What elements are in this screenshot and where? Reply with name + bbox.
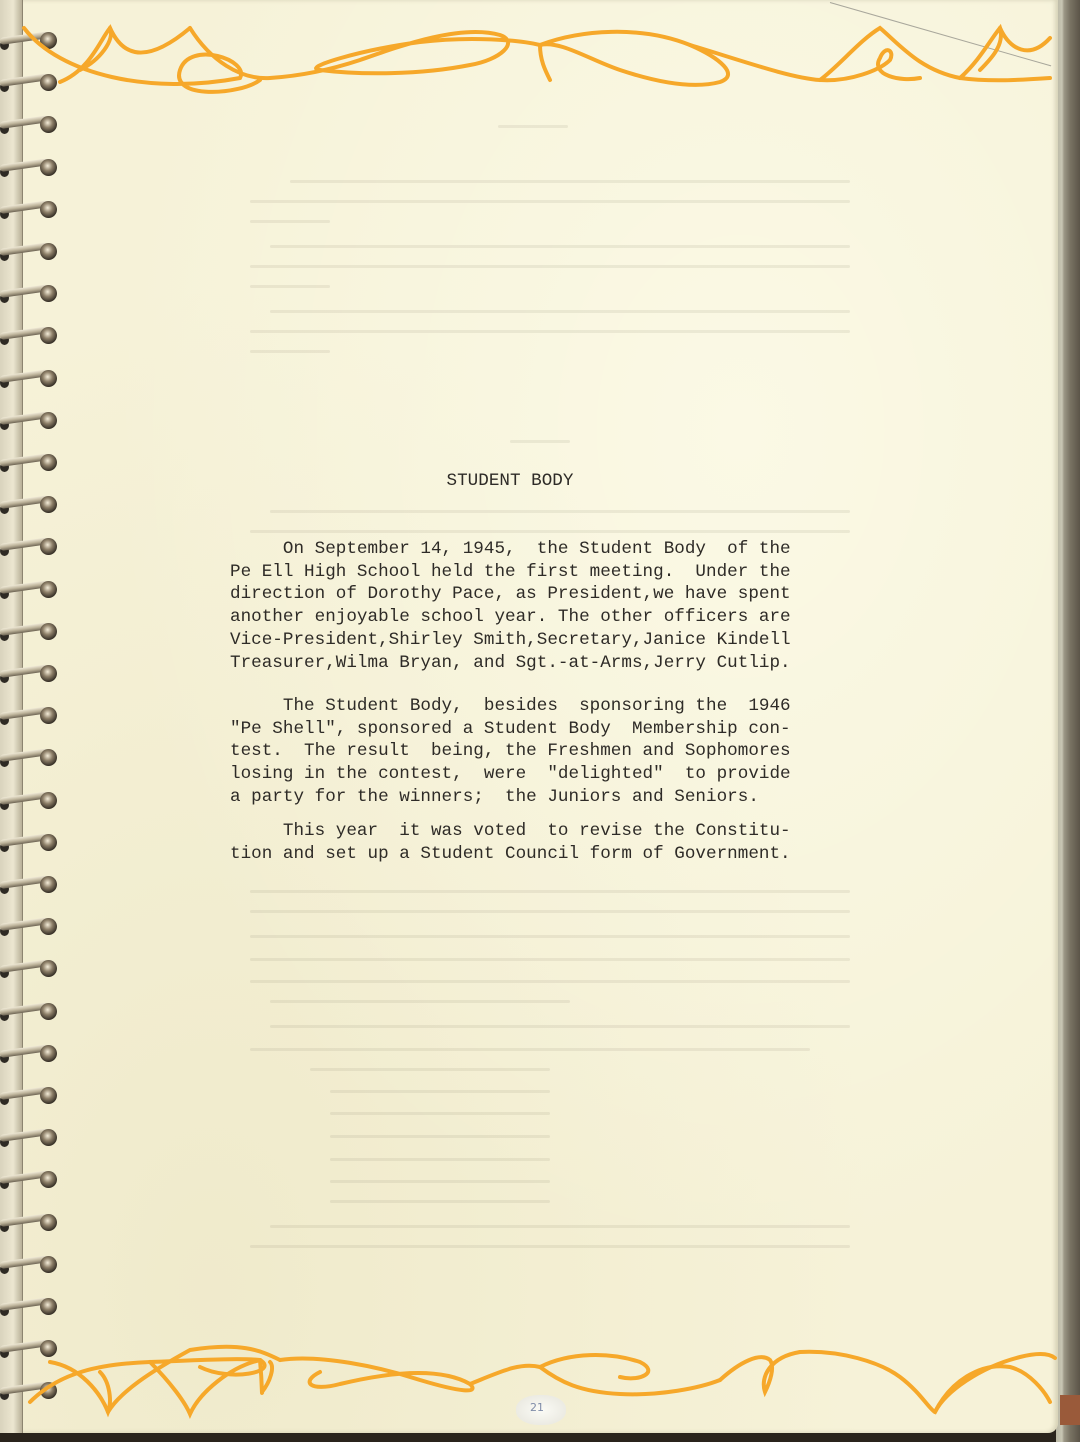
spiral-ring — [0, 747, 60, 769]
bleed-through-line — [250, 220, 330, 223]
top-ornament-border — [0, 0, 1058, 120]
bleed-through-line — [250, 285, 330, 288]
bleed-through-line — [270, 1025, 850, 1028]
bleed-through-line — [498, 125, 568, 128]
page-number: 21 — [530, 1401, 544, 1414]
bleed-through-line — [250, 265, 850, 268]
bleed-through-line — [330, 1135, 550, 1138]
bleed-through-line — [330, 1158, 550, 1161]
bleed-through-line — [270, 1225, 850, 1228]
bleed-through-line — [270, 310, 850, 313]
spiral-ring — [0, 199, 60, 221]
spiral-ring — [0, 621, 60, 643]
body-line: This year it was voted to revise the Con… — [230, 820, 791, 843]
spiral-ring — [0, 325, 60, 347]
spiral-ring — [0, 1043, 60, 1065]
spiral-ring — [0, 790, 60, 812]
bottom-ornament-border — [0, 1322, 1058, 1442]
spiral-ring — [0, 832, 60, 854]
spiral-ring — [0, 1127, 60, 1149]
bleed-through-line — [250, 350, 330, 353]
page-number-label: 21 — [516, 1395, 566, 1425]
body-line: On September 14, 1945, the Student Body … — [230, 538, 791, 561]
spiral-ring — [0, 1001, 60, 1023]
body-line: losing in the contest, were "delighted" … — [230, 763, 791, 786]
bleed-through-line — [250, 200, 850, 203]
bleed-through-line — [510, 440, 570, 443]
bleed-through-line — [330, 1180, 550, 1183]
bleed-through-line — [290, 180, 850, 183]
spiral-ring — [0, 157, 60, 179]
body-line: direction of Dorothy Pace, as President,… — [230, 583, 791, 606]
bleed-through-line — [270, 245, 850, 248]
bleed-through-line — [250, 1048, 810, 1051]
spiral-ring — [0, 1254, 60, 1276]
spiral-ring — [0, 958, 60, 980]
bleed-through-line — [250, 958, 850, 961]
yearbook-page: STUDENT BODY On September 14, 1945, the … — [0, 0, 1058, 1433]
spiral-ring — [0, 536, 60, 558]
body-line: Treasurer,Wilma Bryan, and Sgt.-at-Arms,… — [230, 652, 791, 675]
bleed-through-line — [250, 530, 850, 533]
spiral-ring — [0, 1085, 60, 1107]
spiral-ring — [0, 1169, 60, 1191]
bleed-through-line — [250, 980, 850, 983]
bleed-through-line — [270, 1000, 570, 1003]
bleed-through-line — [310, 1068, 550, 1071]
cover-edge — [1060, 1395, 1080, 1425]
body-line: "Pe Shell", sponsored a Student Body Mem… — [230, 718, 791, 741]
bleed-through-line — [270, 510, 850, 513]
spiral-ring — [0, 874, 60, 896]
spiral-ring — [0, 452, 60, 474]
spiral-ring — [0, 494, 60, 516]
page-title: STUDENT BODY — [250, 470, 770, 493]
body-line: Vice-President,Shirley Smith,Secretary,J… — [230, 629, 791, 652]
spiral-ring — [0, 1212, 60, 1234]
bleed-through-line — [250, 1245, 850, 1248]
spiral-ring — [0, 410, 60, 432]
bleed-through-line — [330, 1200, 550, 1203]
spiral-ring — [0, 283, 60, 305]
body-line: Pe Ell High School held the first meetin… — [230, 561, 791, 584]
bleed-through-line — [330, 1112, 550, 1115]
bleed-through-line — [250, 890, 850, 893]
body-line: The Student Body, besides sponsoring the… — [230, 695, 791, 718]
spiral-ring — [0, 368, 60, 390]
spiral-ring — [0, 916, 60, 938]
bleed-through-line — [250, 330, 850, 333]
spiral-ring — [0, 1296, 60, 1318]
bleed-through-line — [250, 910, 850, 913]
bleed-through-line — [250, 935, 850, 938]
spiral-ring — [0, 579, 60, 601]
bleed-through-line — [330, 1090, 550, 1093]
body-line: test. The result being, the Freshmen and… — [230, 740, 791, 763]
page-stack-edge — [1056, 0, 1080, 1442]
body-line: another enjoyable school year. The other… — [230, 606, 791, 629]
spiral-ring — [0, 663, 60, 685]
body-line: tion and set up a Student Council form o… — [230, 843, 791, 866]
spiral-ring — [0, 705, 60, 727]
body-line: a party for the winners; the Juniors and… — [230, 786, 759, 809]
spiral-ring — [0, 241, 60, 263]
